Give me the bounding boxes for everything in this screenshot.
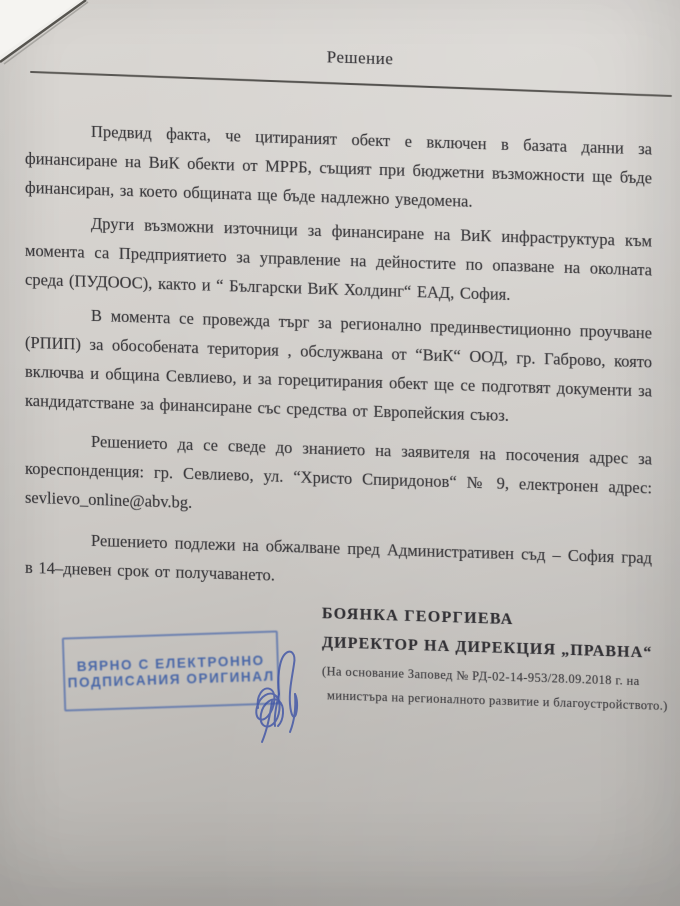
document-content: Решение Предвид факта, че цитираният обе…: [0, 0, 680, 718]
handwritten-signature: [246, 646, 304, 746]
photographed-document-page: Решение Предвид факта, че цитираният обе…: [0, 0, 680, 906]
paragraph-tender-rpip: В момента се провежда търг за регионално…: [25, 299, 652, 435]
document-body: Предвид факта, че цитираният обект е вкл…: [0, 114, 680, 602]
paragraph-other-sources: Други възможни източници за финансиране …: [25, 207, 652, 314]
paragraph-notify-applicant: Решението да се сведе до знанието на зая…: [25, 425, 652, 532]
paragraph-funding-database: Предвид факта, че цитираният обект е вкл…: [25, 115, 652, 222]
signature-block: БОЯНКА ГЕОРГИЕВА ДИРЕКТОР НА ДИРЕКЦИЯ „П…: [322, 601, 680, 718]
paragraph-appeal-term: Решението подлежи на обжалване пред Адми…: [25, 524, 652, 602]
